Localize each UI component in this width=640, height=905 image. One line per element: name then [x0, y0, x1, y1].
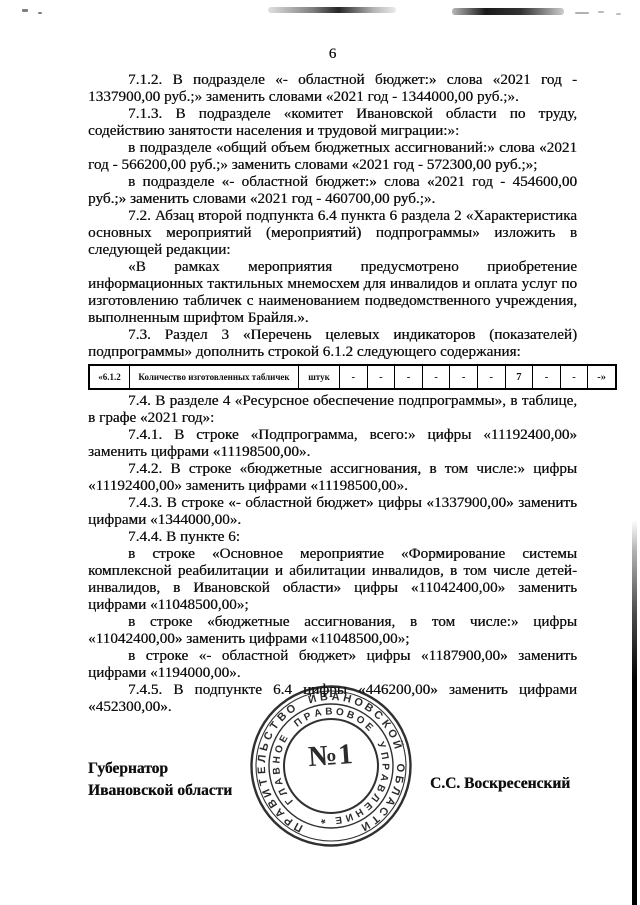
seal-outer-ring-letter: Е	[256, 766, 268, 774]
seal-number: №1	[307, 738, 355, 774]
table-cell: -	[340, 365, 368, 389]
document-body: 6 7.1.2. В подразделе «- областной бюдже…	[88, 46, 577, 715]
scan-speck	[598, 11, 604, 13]
paragraph: в подразделе «- областной бюджет:» слова…	[88, 173, 577, 207]
seal-outer-ring-letter: Л	[256, 754, 269, 763]
paragraph: 7.2. Абзац второй подпункта 6.4 пункта 6…	[88, 207, 577, 258]
table-cell: «6.1.2	[89, 365, 130, 389]
paragraph: 7.1.2. В подразделе «- областной бюджет:…	[88, 71, 577, 105]
indicator-table: «6.1.2Количество изготовленных табличекш…	[88, 364, 617, 390]
paragraph: в подразделе «общий объем бюджетных асси…	[88, 139, 577, 173]
seal-inner-ring-letter: В	[271, 767, 283, 775]
table-cell: -	[533, 365, 561, 389]
signatory-title-line2: Ивановской области	[88, 780, 232, 802]
scan-speck	[38, 12, 42, 14]
paragraph: в строке «Основное мероприятие «Формиров…	[88, 545, 577, 613]
paragraph-list-before-table: 7.1.2. В подразделе «- областной бюджет:…	[88, 71, 577, 360]
seal-inner-ring-letter: В	[325, 706, 333, 717]
table-cell: -»	[588, 365, 616, 389]
scan-speck	[616, 13, 621, 15]
seal-inner-ring-letter: Н	[271, 756, 283, 764]
official-seal-stamp: №1 ПРАВИТЕЛЬСТВОИВАНОВСКОЙОБЛАСТИГЛАВНОЕ…	[238, 673, 424, 859]
scan-smudge-top-center	[268, 7, 396, 13]
table-cell: Количество изготовленных табличек	[130, 365, 299, 389]
paragraph: в строке «бюджетные ассигнования, в том …	[88, 613, 577, 647]
scan-speck	[22, 9, 28, 12]
paragraph: 7.4.4. В пункте 6:	[88, 528, 577, 545]
table-cell: штук	[299, 365, 340, 389]
paragraph: «В рамках мероприятия предусмотрено прио…	[88, 258, 577, 326]
seal-inner-ring-letter: Е	[334, 814, 342, 826]
table-cell: -	[450, 365, 478, 389]
table-cell: 7	[505, 365, 533, 389]
seal-outer-ring-letter: В	[319, 691, 328, 704]
document-page: 6 7.1.2. В подразделе «- областной бюдже…	[0, 0, 640, 905]
table-cell: -	[560, 365, 588, 389]
table-cell: -	[367, 365, 395, 389]
table-cell: -	[422, 365, 450, 389]
signatory-name: С.С. Воскресенский	[430, 775, 570, 793]
page-number: 6	[88, 46, 577, 63]
scan-smudge-top-right	[452, 8, 564, 15]
signatory-title: Губернатор Ивановской области	[88, 758, 232, 801]
paragraph: 7.4.2. В строке «бюджетные ассигнования,…	[88, 460, 577, 494]
signatory-title-line1: Губернатор	[88, 758, 232, 780]
scan-edge-line	[632, 520, 637, 905]
scan-speck	[575, 12, 589, 14]
seal-outer-ring-letter: А	[331, 691, 340, 704]
seal-outer-ring-letter: О	[394, 763, 406, 772]
table-cell: -	[477, 365, 505, 389]
seal-inner-ring-letter: О	[335, 707, 344, 719]
paragraph: 7.3. Раздел 3 «Перечень целевых индикато…	[88, 326, 577, 360]
paragraph: 7.1.3. В подразделе «комитет Ивановской …	[88, 105, 577, 139]
paragraph: 7.4.3. В строке «- областной бюджет» циф…	[88, 494, 577, 528]
paragraph-list-after-table: 7.4. В разделе 4 «Ресурсное обеспечение …	[88, 392, 577, 715]
table-row: «6.1.2Количество изготовленных табличекш…	[89, 365, 616, 389]
paragraph: 7.4.1. В строке «Подпрограмма, всего:» ц…	[88, 426, 577, 460]
table-cell: -	[395, 365, 423, 389]
paragraph: 7.4. В разделе 4 «Ресурсное обеспечение …	[88, 392, 577, 426]
seal-inner-ring-letter: Р	[379, 763, 390, 770]
